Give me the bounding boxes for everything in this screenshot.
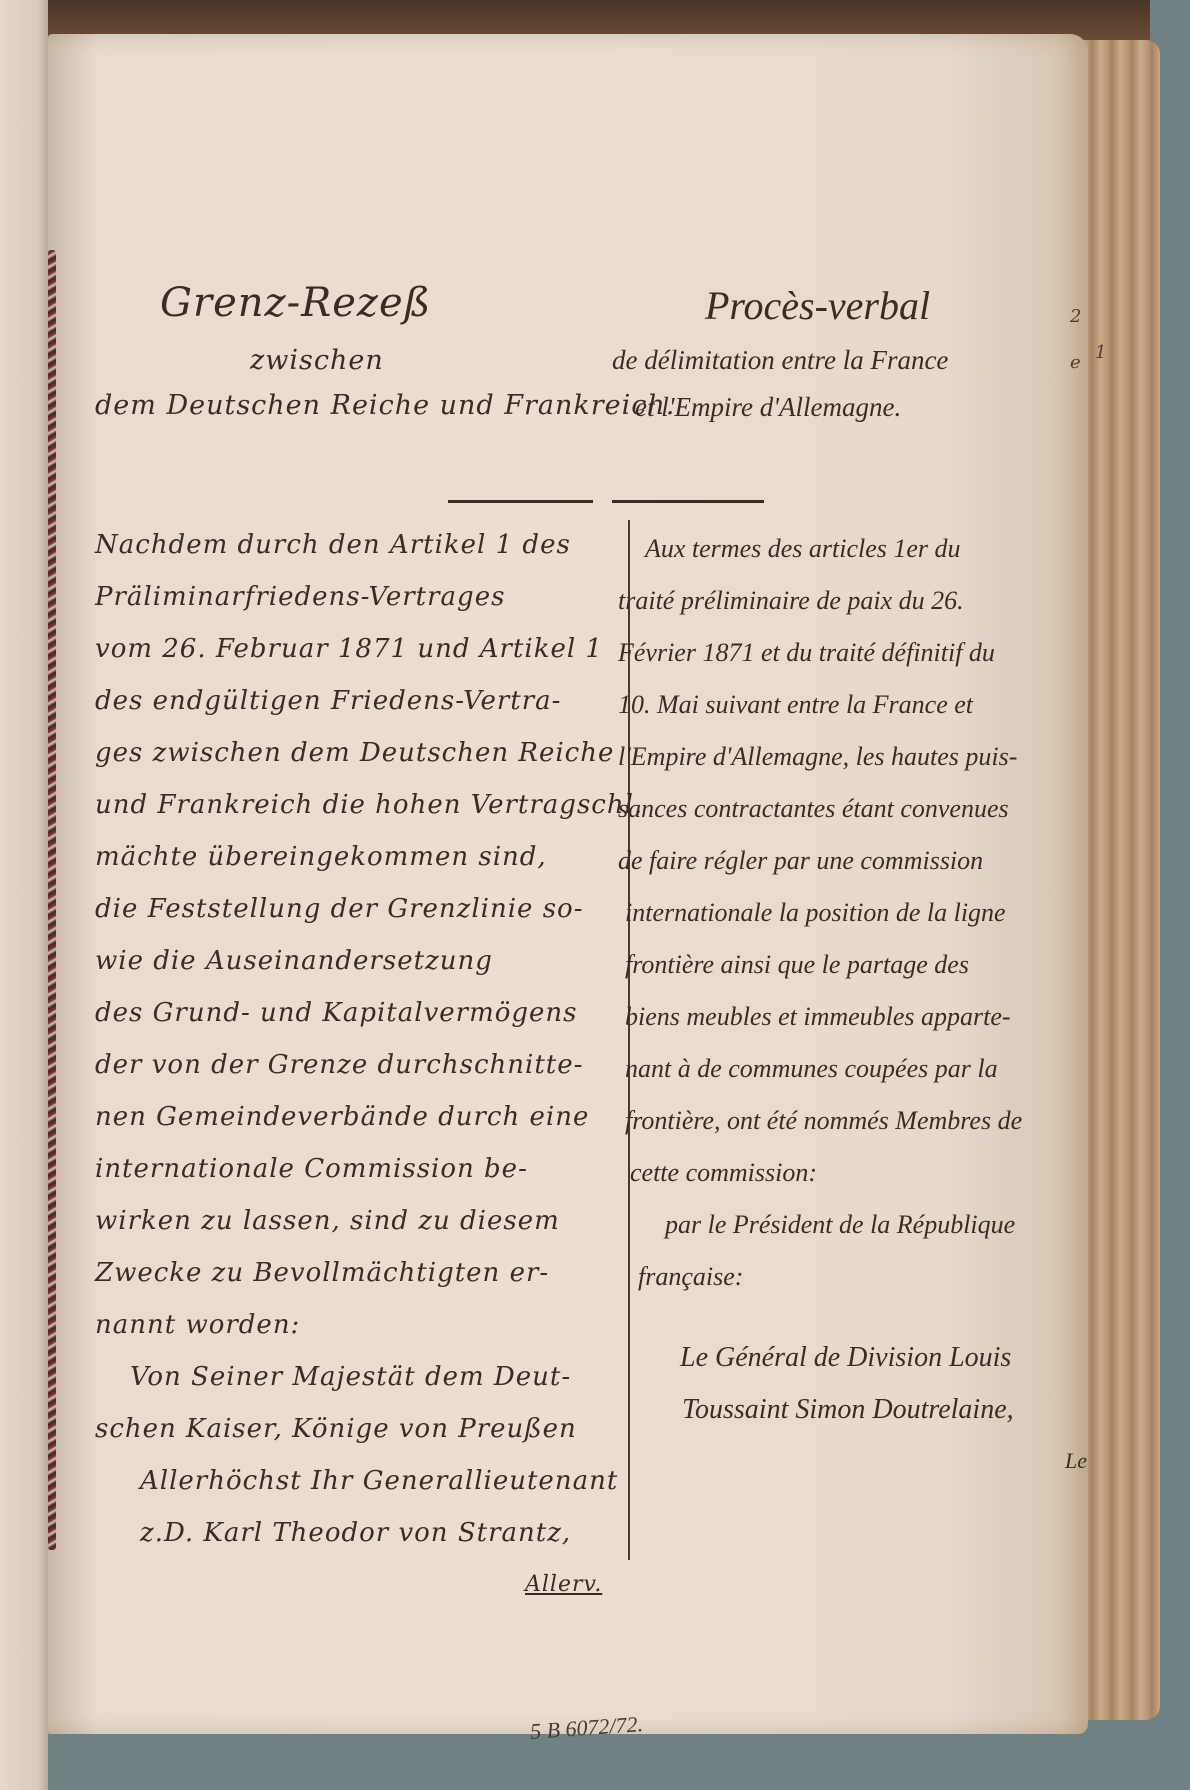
margin-mark: e [1070, 352, 1081, 373]
french-title: Procès-verbal [705, 282, 930, 329]
previous-page-edge [0, 0, 48, 1790]
german-line: wie die Auseinandersetzung [95, 946, 493, 976]
margin-mark: 1 [1095, 342, 1106, 363]
french-line: cette commission: [630, 1158, 817, 1188]
column-divider [628, 520, 630, 1560]
german-line: nen Gemeindeverbände durch eine [95, 1102, 589, 1132]
german-line: z.D. Karl Theodor von Strantz, [140, 1518, 571, 1548]
french-line: nant à de communes coupées par la [625, 1054, 998, 1084]
german-line: Allerhöchst Ihr Generallieutenant [140, 1466, 618, 1496]
french-header-line2: de délimitation entre la France [612, 345, 948, 376]
french-line: frontière, ont été nommés Membres de [625, 1106, 1022, 1136]
french-signatory-line2: Toussaint Simon Doutrelaine, [682, 1394, 1014, 1426]
german-line: wirken zu lassen, sind zu diesem [95, 1206, 560, 1236]
header-rule-right [612, 500, 764, 503]
german-line: nannt worden: [95, 1310, 300, 1340]
german-header-line2: zwischen [250, 345, 384, 376]
french-line: l'Empire d'Allemagne, les hautes puis- [618, 742, 1017, 772]
german-line: des Grund- und Kapitalvermögens [95, 998, 578, 1028]
french-line: frontière ainsi que le partage des [625, 950, 969, 980]
french-header-line3: et l'Empire d'Allemagne. [635, 392, 901, 423]
french-line: Février 1871 et du traité définitif du [618, 638, 995, 668]
german-line: vom 26. Februar 1871 und Artikel 1 [95, 634, 603, 664]
german-line: Von Seiner Majestät dem Deut- [130, 1362, 571, 1392]
german-title: Grenz-Rezeß [160, 280, 431, 326]
french-catchword: Le [1065, 1448, 1087, 1474]
german-line: Zwecke zu Bevollmächtigten er- [95, 1258, 549, 1288]
french-line: 10. Mai suivant entre la France et [618, 690, 973, 720]
german-line: der von der Grenze durchschnitte- [95, 1050, 583, 1080]
german-line: Nachdem durch den Artikel 1 des [95, 530, 571, 560]
french-line: sances contractantes étant convenues [618, 794, 1009, 824]
french-line: internationale la position de la ligne [625, 898, 1006, 928]
margin-mark: 2 [1070, 306, 1081, 327]
header-rule-left [448, 500, 593, 503]
german-line: schen Kaiser, Könige von Preußen [95, 1414, 577, 1444]
french-line: traité préliminaire de paix du 26. [618, 586, 964, 616]
german-line: ges zwischen dem Deutschen Reiche [95, 738, 614, 768]
german-line: und Frankreich die hohen Vertragschl. [95, 790, 643, 820]
french-line: par le Président de la République [665, 1210, 1015, 1240]
french-line: française: [638, 1262, 743, 1292]
french-line: de faire régler par une commission [618, 846, 983, 876]
german-line: des endgültigen Friedens-Vertra- [95, 686, 561, 716]
german-line: internationale Commission be- [95, 1154, 528, 1184]
german-line: mächte übereingekommen sind, [95, 842, 547, 872]
german-header-line3: dem Deutschen Reiche und Frankreich. [95, 390, 675, 421]
german-line: Präliminarfriedens-Vertrages [95, 582, 505, 612]
french-line: Aux termes des articles 1er du [645, 534, 961, 564]
german-line: die Feststellung der Grenzlinie so- [95, 894, 584, 924]
german-signoff: Allerv. [525, 1572, 602, 1597]
french-signatory-line1: Le Général de Division Louis [680, 1342, 1011, 1374]
french-line: biens meubles et immeubles apparte- [625, 1002, 1011, 1032]
binding-cord [48, 250, 56, 1550]
